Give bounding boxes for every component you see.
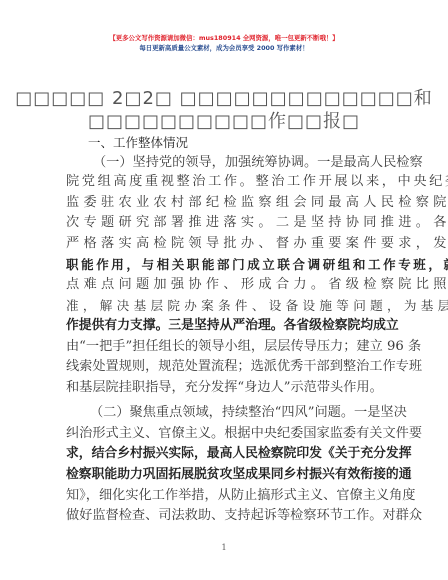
body-line: 次专题研究部署推进落实。二是坚持协同推进。各级检察机关: [66, 215, 448, 231]
body-line: 作提供有力支撑。三是坚持从严治理。各省级检察院均成立: [66, 318, 399, 334]
body-line: 和基层院挂职指导，充分发挥“身边人”示范带头作用。: [66, 380, 383, 396]
body-line: 线索处置规则，规范处置流程；选派优秀干部到整治工作专班: [66, 359, 422, 375]
promo-banner-line1: 【更多公文写作资源请加微信：mus180914 全网资源，唯一包更新不断哦！】: [0, 33, 448, 42]
document-title-line2: □□□□□□□□□□作□□报□: [0, 107, 448, 133]
body-line: 求，结合乡村振兴实际，最高人民检察院印发《关于充分发挥: [66, 446, 412, 462]
body-line: 准，解决基层院办案条件、设备设施等问题，为基层院整治工: [66, 298, 448, 314]
body-line: 检察职能助力巩固拓展脱贫攻坚成果同乡村振兴有效衔接的通: [66, 467, 412, 483]
body-line: 纠治形式主义、官僚主义。根据中央纪委国家监委有关文件要: [66, 426, 422, 442]
body-line: 监委驻农业农村部纪检监察组会同最高人民检察院机关党委多: [66, 195, 448, 211]
promo-banner-line2: 每日更新高质量公文素材，成为会员享受 2000 写作素材！: [0, 43, 448, 52]
body-line: 由“一把手”担任组长的领导小组，层层传导压力；建立 96 条: [66, 339, 421, 355]
page-number: 1: [0, 543, 448, 552]
body-line: 职能作用，与相关职能部门成立联合调研组和工作专班，就重: [66, 257, 448, 273]
body-line: 点难点问题加强协作、形成合力。省级检察院比照基层院标: [66, 277, 448, 293]
body-line: 严格落实高检院领导批办、督办重要案件要求，发挥职能部: [66, 236, 448, 252]
document-page: 【更多公文写作资源请加微信：mus180914 全网资源，唯一包更新不断哦！】 …: [0, 0, 448, 580]
body-line: 院党组高度重视整治工作。整治工作开展以来，中央纪委国家: [66, 174, 448, 190]
body-line: 知》，细化实化工作举措，从防止搞形式主义、官僚主义角度: [66, 488, 415, 504]
body-line: 做好监督检查、司法救助、支持起诉等检察环节工作。对群众: [66, 508, 422, 524]
body-line: （一）坚持党的领导，加强统筹协调。一是最高人民检察: [93, 155, 423, 171]
body-line: （二）聚焦重点领域，持续整治“四风”问题。一是坚决: [90, 405, 407, 421]
section-heading: 一、工作整体情况: [88, 133, 188, 151]
